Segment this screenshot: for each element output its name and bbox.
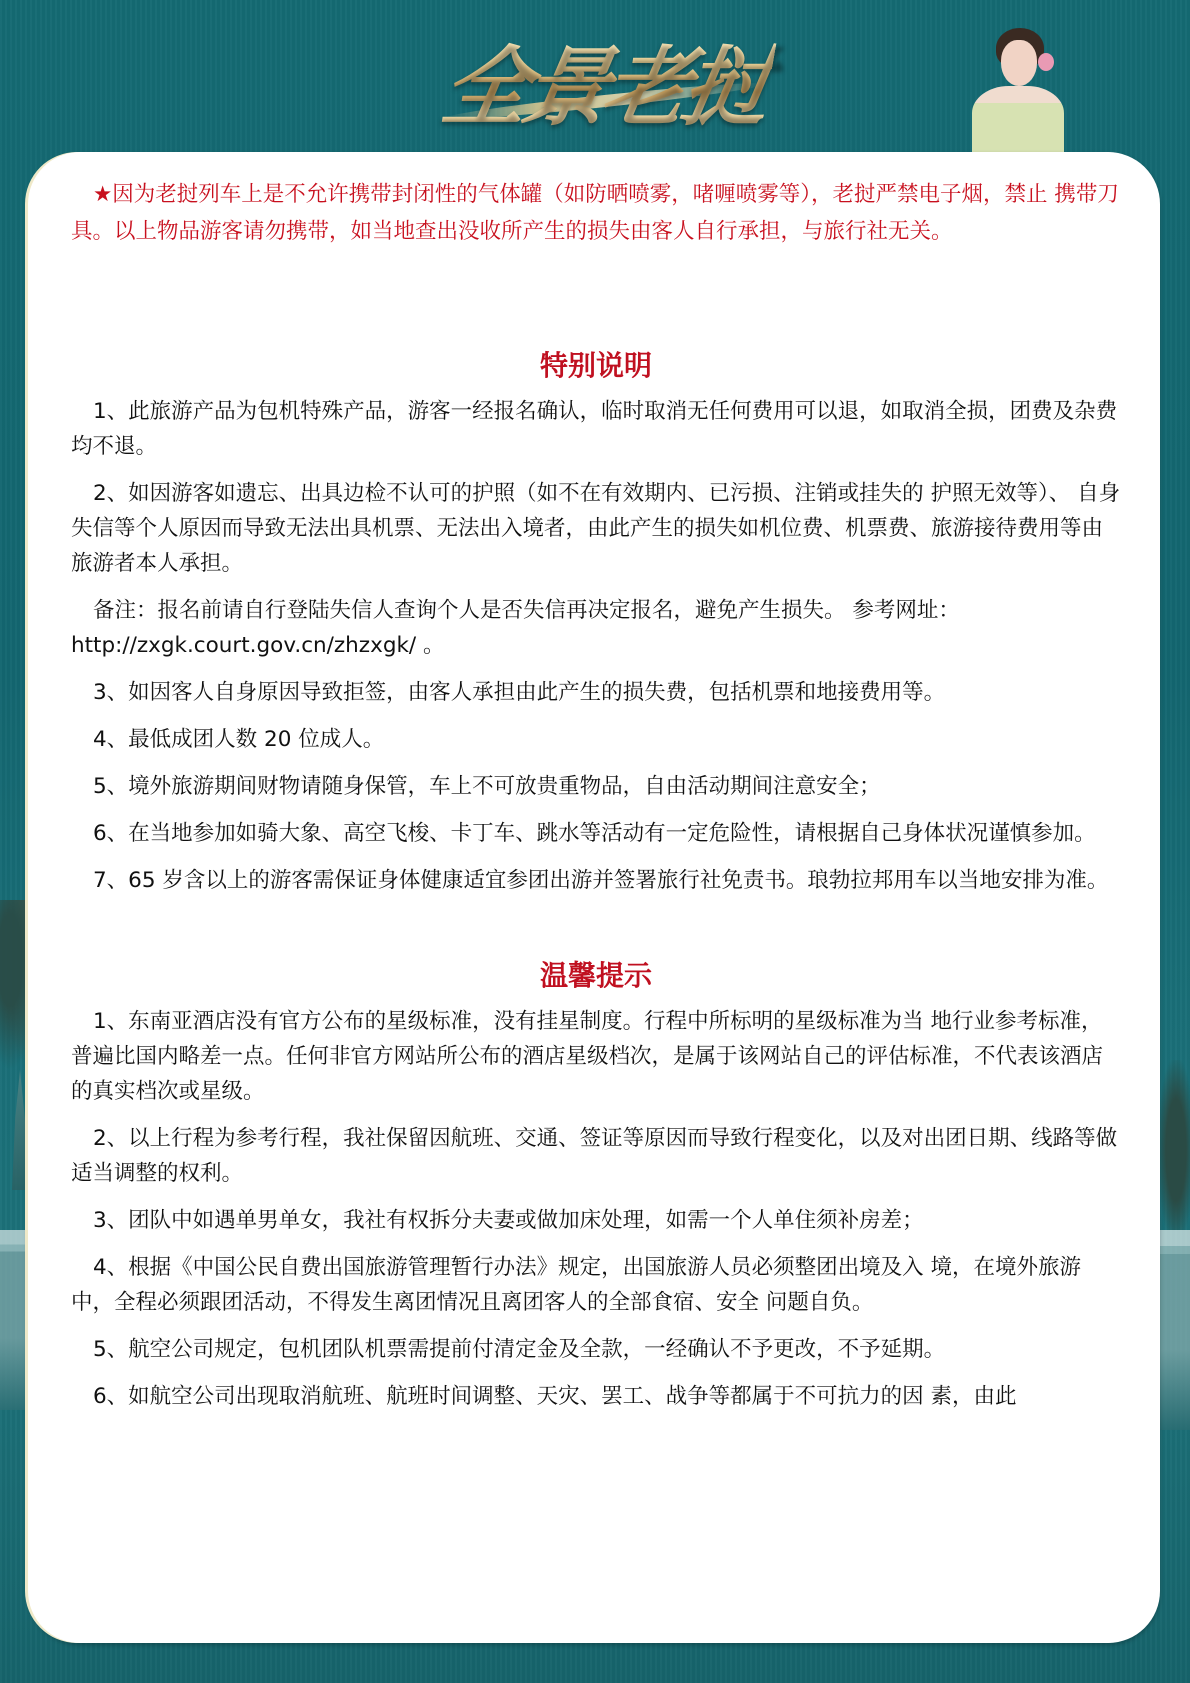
special-note-item: 3、如因客人自身原因导致拒签，由客人承担由此产生的损失费，包括机票和地接费用等。 <box>71 675 1121 710</box>
warm-tip-item: 3、团队中如遇单男单女，我社有权拆分夫妻或做加床处理，如需一个人单住须补房差； <box>71 1203 1121 1238</box>
special-note-item: 6、在当地参加如骑大象、高空飞梭、卡丁车、跳水等活动有一定危险性，请根据自己身体… <box>71 816 1121 851</box>
warm-tips-title: 温馨提示 <box>71 956 1121 996</box>
prohibited-items-notice: ★因为老挝列车上是不允许携带封闭性的气体罐（如防晒喷雾，啫喱喷雾等），老挝严禁电… <box>71 176 1121 250</box>
content-card: ★因为老挝列车上是不允许携带封闭性的气体罐（如防晒喷雾，啫喱喷雾等），老挝严禁电… <box>28 152 1160 1643</box>
warm-tip-item: 1、东南亚酒店没有官方公布的星级标准，没有挂星制度。行程中所标明的星级标准为当 … <box>71 1004 1121 1109</box>
model-face <box>1001 40 1037 86</box>
special-note-remark: 备注：报名前请自行登陆失信人查询个人是否失信再决定报名，避免产生损失。 参考网址… <box>71 593 1121 663</box>
flower-icon <box>1038 53 1054 71</box>
warm-tip-item: 6、如航空公司出现取消航班、航班时间调整、天灾、罢工、战争等都属于不可抗力的因 … <box>71 1379 1121 1414</box>
warm-tip-item: 5、航空公司规定，包机团队机票需提前付清定金及全款，一经确认不予更改，不予延期。 <box>71 1332 1121 1367</box>
right-scenery <box>1158 1060 1190 1683</box>
brand-title: 全景老挝 <box>429 20 780 140</box>
card-content: ★因为老挝列车上是不允许携带封闭性的气体罐（如防晒喷雾，啫喱喷雾等），老挝严禁电… <box>71 176 1121 1426</box>
woman-in-traditional-dress-photo <box>968 28 1068 153</box>
warm-tips-list: 1、东南亚酒店没有官方公布的星级标准，没有挂星制度。行程中所标明的星级标准为当 … <box>71 1004 1121 1414</box>
warm-tip-item: 2、以上行程为参考行程，我社保留因航班、交通、签证等原因而导致行程变化，以及对出… <box>71 1121 1121 1191</box>
trees-image <box>1158 1060 1190 1230</box>
special-note-item: 7、65 岁含以上的游客需保证身体健康适宜参团出游并签署旅行社免责书。琅勃拉邦用… <box>71 863 1121 898</box>
warm-tip-item: 4、根据《中国公民自费出国旅游管理暂行办法》规定，出国旅游人员必须整团出境及入 … <box>71 1250 1121 1320</box>
special-note-item: 2、如因游客如遗忘、出具边检不认可的护照（如不在有效期内、已污损、注销或挂失的 … <box>71 476 1121 581</box>
special-note-item: 1、此旅游产品为包机特殊产品，游客一经报名确认，临时取消无任何费用可以退，如取消… <box>71 394 1121 464</box>
special-note-item: 4、最低成团人数 20 位成人。 <box>71 722 1121 757</box>
special-notes-title: 特别说明 <box>71 346 1121 386</box>
pagoda-image <box>12 1070 28 1190</box>
header: 全景老挝 <box>0 0 1190 152</box>
temple-wall-image <box>1158 1230 1190 1430</box>
model-body <box>972 86 1064 154</box>
special-note-item: 5、境外旅游期间财物请随身保管，车上不可放贵重物品，自由活动期间注意安全； <box>71 769 1121 804</box>
special-notes-list: 1、此旅游产品为包机特殊产品，游客一经报名确认，临时取消无任何费用可以退，如取消… <box>71 394 1121 898</box>
